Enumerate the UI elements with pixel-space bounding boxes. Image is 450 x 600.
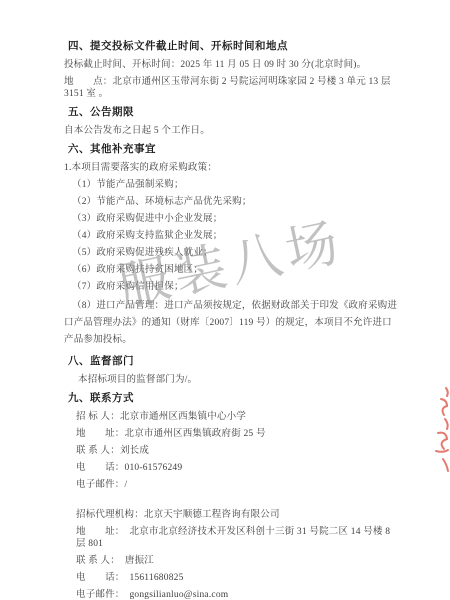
doc-line: 电 话：010-61576249 (76, 462, 398, 474)
section-heading: 六、其他补充事宜 (68, 142, 398, 156)
section-heading: 四、提交投标文件截止时间、开标时间和地点 (68, 39, 398, 53)
doc-line (64, 496, 398, 509)
section-heading: 八、监督部门 (68, 354, 398, 368)
doc-line: 地 点：北京市通州区玉带河东街 2 号院运河明珠家园 2 号楼 3 单元 13 … (64, 76, 398, 100)
doc-line: （6）政府采购扶持贫困地区； (72, 264, 398, 276)
doc-line: 投标截止时间、开标时间：2025 年 11 月 05 日 09 时 30 分(北… (64, 59, 398, 71)
doc-line: （2）节能产品、环境标志产品优先采购； (72, 196, 398, 208)
doc-line: 1.本项目需要落实的政府采购政策： (64, 162, 398, 174)
section-heading: 九、联系方式 (68, 391, 398, 405)
document-page: 四、提交投标文件截止时间、开标时间和地点投标截止时间、开标时间：2025 年 1… (0, 0, 450, 600)
red-seal-marks (432, 384, 450, 476)
doc-line: 招 标 人：北京市通州区西集镇中心小学 (76, 411, 398, 423)
doc-line: 地 址：北京市通州区西集镇政府街 25 号 (76, 428, 398, 440)
section-heading: 五、公告期限 (68, 105, 398, 119)
doc-line: 地 址： 北京市北京经济技术开发区科创十三街 31 号院二区 14 号楼 8 层… (76, 526, 398, 550)
doc-line: 联 系 人：刘长成 (76, 445, 398, 457)
doc-line: （3）政府采购促进中小企业发展； (72, 213, 398, 225)
doc-line: 联 系 人： 唐振江 (76, 555, 398, 567)
doc-line: 电子邮件： gongsilianluo@sina.com (76, 589, 398, 600)
doc-line: （1）节能产品强制采购； (72, 179, 398, 191)
doc-line: 电 话： 15611680825 (76, 572, 398, 584)
tender-notice-body: 四、提交投标文件截止时间、开标时间和地点投标截止时间、开标时间：2025 年 1… (0, 0, 450, 600)
doc-line: （5）政府采购促进残疾人就业； (72, 247, 398, 259)
doc-line: 自本公告发布之日起 5 个工作日。 (64, 125, 398, 137)
doc-line: 电子邮件：/ (76, 479, 398, 491)
doc-line: 招标代理机构：北京天宇顺德工程咨询有限公司 (76, 509, 398, 521)
doc-line: （8）进口产品管理：进口产品须按规定，依据财政部关于印发《政府采购进口产品管理办… (64, 298, 398, 349)
doc-line: （7）政府采购信用担保； (72, 281, 398, 293)
doc-line: （4）政府采购支持监狱企业发展； (72, 230, 398, 242)
doc-line: 本招标项目的监督部门为/。 (78, 374, 398, 386)
